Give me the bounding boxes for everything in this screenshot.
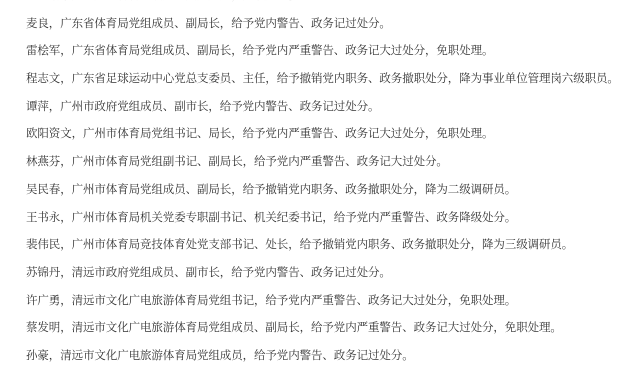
- paragraph-wu-minchun: 吴民春，广州市体育局党组成员、副局长，给予撤销党内职务、政务撤职处分，降为二级调…: [26, 181, 636, 197]
- paragraph-pei-weimin: 裴伟民，广州市体育局竞技体育处党支部书记、处长，给予撤销党内职务、政务撤职处分，…: [26, 236, 636, 252]
- paragraph-ouyang-ziwen: 欧阳资文，广州市体育局党组书记、局长，给予党内严重警告、政务记大过处分，免职处理…: [26, 125, 636, 141]
- paragraph-lei-guijun: 雷桧军，广东省体育局党组成员、副局长，给予党内严重警告、政务记大过处分，免职处理…: [26, 42, 636, 58]
- paragraph-wang-shuyong: 王书永，广州市体育局机关党委专职副书记、机关纪委书记，给予党内严重警告、政务降级…: [26, 209, 636, 225]
- paragraph-cheng-zhiwen: 程志文，广东省足球运动中心党总支委员、主任，给予撤销党内职务、政务撤职处分，降为…: [26, 70, 636, 86]
- paragraph-tan-ping: 谭萍，广州市政府党组成员、副市长，给予党内警告、政务记过处分。: [26, 98, 636, 114]
- document-body: ……给予党内严重警告、政务记大过处分，免职处理。 麦良，广东省体育局党组成员、副…: [26, 0, 636, 375]
- paragraph-lin-yanfen: 林燕芬，广州市体育局党组副书记、副局长，给予党内严重警告、政务记大过处分。: [26, 153, 636, 169]
- cut-off-paragraph: ……给予党内严重警告、政务记大过处分，免职处理。: [26, 0, 636, 3]
- paragraph-sun-hao: 孙豪，清远市文化广电旅游体育局党组成员，给予党内警告、政务记过处分。: [26, 347, 636, 363]
- paragraph-su-jindan: 苏锦丹，清远市政府党组成员、副市长，给予党内警告、政务记过处分。: [26, 264, 636, 280]
- paragraph-cai-faming: 蔡发明，清远市文化广电旅游体育局党组成员、副局长，给予党内严重警告、政务记大过处…: [26, 319, 636, 335]
- paragraph-mai-liang: 麦良，广东省体育局党组成员、副局长，给予党内警告、政务记过处分。: [26, 15, 636, 31]
- paragraph-xu-guangyong: 许广勇，清远市文化广电旅游体育局党组书记，给予党内严重警告、政务记大过处分，免职…: [26, 292, 636, 308]
